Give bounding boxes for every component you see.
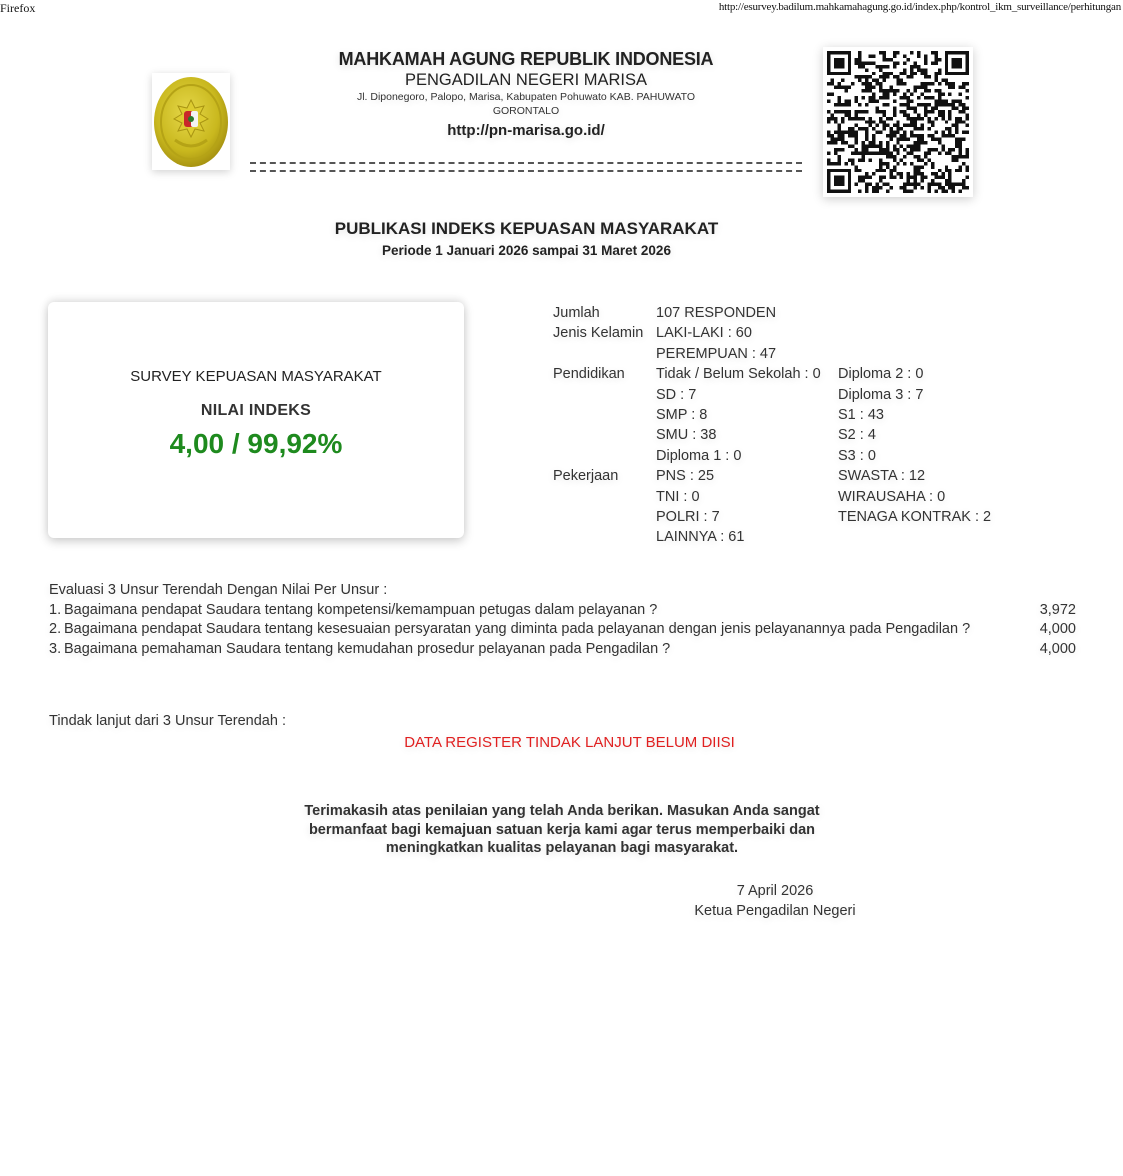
- qr-code: [823, 47, 973, 197]
- stats-cell-c2: [838, 527, 991, 547]
- stats-cell-c2: S3 : 0: [838, 446, 991, 466]
- evaluation-item-score: 4,000: [1036, 640, 1076, 660]
- stats-row-jumlah: Jumlah107 RESPONDEN: [553, 303, 991, 323]
- stats-cell-c1: Tidak / Belum Sekolah : 0: [656, 364, 838, 384]
- stats-cell-c1: PNS : 25: [656, 466, 838, 486]
- publication-period: Periode 1 Januari 2026 sampai 31 Maret 2…: [0, 243, 1053, 258]
- address-line-2: GORONTALO: [250, 104, 802, 118]
- stats-cell-c2: WIRAUSAHA : 0: [838, 487, 991, 507]
- stats-cell-c1: TNI : 0: [656, 487, 838, 507]
- respondent-stats: Jumlah107 RESPONDENJenis KelaminLAKI-LAK…: [553, 303, 991, 548]
- stats-row-job: POLRI : 7TENAGA KONTRAK : 2: [553, 507, 991, 527]
- stats-cell-c2: [838, 323, 991, 343]
- stats-row-education: PendidikanTidak / Belum Sekolah : 0Diplo…: [553, 364, 991, 384]
- evaluation-section: Evaluasi 3 Unsur Terendah Dengan Nilai P…: [49, 581, 1076, 659]
- stats-cell-c2: [838, 344, 991, 364]
- stats-cell-lbl: [553, 405, 656, 425]
- letterhead: MAHKAMAH AGUNG REPUBLIK INDONESIA PENGAD…: [250, 48, 802, 172]
- stats-cell-lbl: [553, 385, 656, 405]
- stats-cell-c1: SD : 7: [656, 385, 838, 405]
- stats-cell-lbl: [553, 446, 656, 466]
- evaluation-heading: Evaluasi 3 Unsur Terendah Dengan Nilai P…: [49, 581, 1076, 601]
- stats-cell-lbl: [553, 527, 656, 547]
- court-logo: [152, 73, 230, 170]
- evaluation-item-text: Bagaimana pendapat Saudara tentang keses…: [64, 620, 1036, 640]
- stats-row-job: TNI : 0WIRAUSAHA : 0: [553, 487, 991, 507]
- stats-row-education: Diploma 1 : 0S3 : 0: [553, 446, 991, 466]
- stats-row-education: SMU : 38S2 : 4: [553, 425, 991, 445]
- court-name: PENGADILAN NEGERI MARISA: [250, 70, 802, 90]
- print-header-browser: Firefox: [0, 1, 35, 16]
- print-header-url: http://esurvey.badilum.mahkamahagung.go.…: [719, 1, 1121, 13]
- stats-cell-c1: SMP : 8: [656, 405, 838, 425]
- stats-cell-lbl: [553, 487, 656, 507]
- institution-name: MAHKAMAH AGUNG REPUBLIK INDONESIA: [250, 48, 802, 70]
- stats-cell-c2: S1 : 43: [838, 405, 991, 425]
- stats-row-job: PekerjaanPNS : 25SWASTA : 12: [553, 466, 991, 486]
- stats-cell-c1: LAINNYA : 61: [656, 527, 838, 547]
- header-divider: [250, 162, 802, 172]
- stats-cell-c1: SMU : 38: [656, 425, 838, 445]
- evaluation-item-text: Bagaimana pendapat Saudara tentang kompe…: [64, 601, 1036, 621]
- evaluation-item: 1.Bagaimana pendapat Saudara tentang kom…: [49, 601, 1076, 621]
- stats-cell-c1: PEREMPUAN : 47: [656, 344, 838, 364]
- stats-cell-c2: Diploma 2 : 0: [838, 364, 991, 384]
- signatory-title: Ketua Pengadilan Negeri: [660, 901, 890, 921]
- stats-row-education: SMP : 8S1 : 43: [553, 405, 991, 425]
- stats-cell-c1: 107 RESPONDEN: [656, 303, 838, 323]
- evaluation-item: 3.Bagaimana pemahaman Saudara tentang ke…: [49, 640, 1076, 660]
- stats-cell-c2: [838, 303, 991, 323]
- signature-block: 7 April 2026 Ketua Pengadilan Negeri: [660, 881, 890, 921]
- stats-cell-c2: TENAGA KONTRAK : 2: [838, 507, 991, 527]
- publication-title: PUBLIKASI INDEKS KEPUASAN MASYARAKAT: [0, 219, 1053, 239]
- index-card: SURVEY KEPUASAN MASYARAKAT NILAI INDEKS …: [48, 302, 464, 538]
- stats-cell-lbl: Jumlah: [553, 303, 656, 323]
- evaluation-item-number: 3.: [49, 640, 64, 660]
- evaluation-item-score: 4,000: [1036, 620, 1076, 640]
- stats-cell-lbl: Pekerjaan: [553, 466, 656, 486]
- signature-date: 7 April 2026: [660, 881, 890, 901]
- index-card-label: SURVEY KEPUASAN MASYARAKAT: [48, 368, 464, 385]
- stats-cell-lbl: [553, 344, 656, 364]
- stats-row-job: LAINNYA : 61: [553, 527, 991, 547]
- index-value: 4,00 / 99,92%: [48, 428, 464, 460]
- stats-cell-c2: Diploma 3 : 7: [838, 385, 991, 405]
- followup-heading: Tindak lanjut dari 3 Unsur Terendah :: [49, 713, 286, 729]
- thanks-message: Terimakasih atas penilaian yang telah An…: [270, 802, 854, 858]
- stats-cell-lbl: Jenis Kelamin: [553, 323, 656, 343]
- court-emblem-icon: [153, 74, 229, 169]
- stats-cell-c1: POLRI : 7: [656, 507, 838, 527]
- stats-cell-c1: LAKI-LAKI : 60: [656, 323, 838, 343]
- court-website: http://pn-marisa.go.id/: [250, 120, 802, 142]
- stats-cell-c2: S2 : 4: [838, 425, 991, 445]
- evaluation-item-number: 2.: [49, 620, 64, 640]
- stats-cell-lbl: Pendidikan: [553, 364, 656, 384]
- evaluation-item-text: Bagaimana pemahaman Saudara tentang kemu…: [64, 640, 1036, 660]
- stats-row-education: SD : 7Diploma 3 : 7: [553, 385, 991, 405]
- followup-alert: DATA REGISTER TINDAK LANJUT BELUM DIISI: [0, 734, 1123, 751]
- stats-cell-lbl: [553, 425, 656, 445]
- evaluation-item: 2.Bagaimana pendapat Saudara tentang kes…: [49, 620, 1076, 640]
- stats-row-gender: PEREMPUAN : 47: [553, 344, 991, 364]
- index-card-sublabel: NILAI INDEKS: [48, 402, 464, 420]
- evaluation-item-number: 1.: [49, 601, 64, 621]
- qr-code-icon: [827, 51, 969, 193]
- stats-row-gender: Jenis KelaminLAKI-LAKI : 60: [553, 323, 991, 343]
- evaluation-item-score: 3,972: [1036, 601, 1076, 621]
- stats-cell-c1: Diploma 1 : 0: [656, 446, 838, 466]
- stats-cell-c2: SWASTA : 12: [838, 466, 991, 486]
- stats-cell-lbl: [553, 507, 656, 527]
- address-line-1: Jl. Diponegoro, Palopo, Marisa, Kabupate…: [250, 90, 802, 104]
